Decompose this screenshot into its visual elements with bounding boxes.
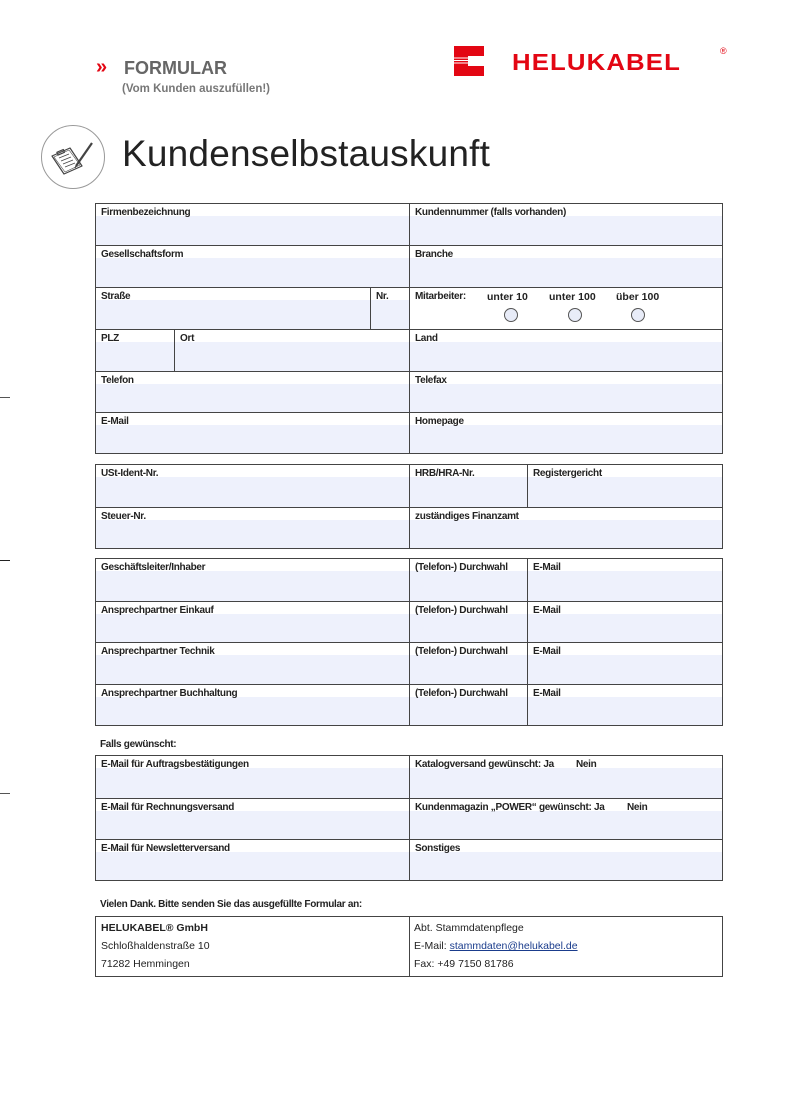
fold-mark: [0, 793, 10, 794]
mitarbeiter-option-label: unter 10: [487, 291, 528, 303]
land-field[interactable]: Land: [409, 330, 722, 371]
mitarbeiter-radio-unter-100[interactable]: [568, 308, 582, 322]
finanzamt-label: zuständiges Finanzamt: [415, 511, 519, 522]
page-title: Kundenselbstauskunft: [122, 133, 490, 175]
clipboard-pen-icon: [41, 125, 105, 189]
falls-gewuenscht-heading: Falls gewünscht:: [100, 739, 176, 750]
double-chevron-icon: »: [96, 56, 104, 79]
contact-email-label: E-Mail: [533, 605, 561, 616]
contact-phone-field[interactable]: (Telefon-) Durchwahl: [409, 602, 527, 642]
contact-phone-field[interactable]: (Telefon-) Durchwahl: [409, 685, 527, 725]
contact-email-field[interactable]: E-Mail: [527, 602, 722, 642]
mitarbeiter-option-label: unter 100: [549, 291, 596, 303]
ust-ident-label: USt-Ident-Nr.: [101, 468, 158, 479]
contact-name-field[interactable]: Ansprechpartner Buchhaltung: [96, 685, 409, 725]
katalogversand-field[interactable]: Katalogversand gewünscht: Ja Nein: [409, 756, 722, 798]
optional-preferences-table: E-Mail für Auftragsbestätigungen Katalog…: [95, 755, 723, 881]
thank-you-text: Vielen Dank. Bitte senden Sie das ausgef…: [100, 899, 362, 910]
kundennummer-label: Kundennummer (falls vorhanden): [415, 207, 566, 218]
contact-phone-field[interactable]: (Telefon-) Durchwahl: [409, 643, 527, 684]
formular-subtitle: (Vom Kunden auszufüllen!): [122, 83, 270, 95]
strasse-label: Straße: [101, 291, 130, 302]
fold-mark: [0, 397, 10, 398]
email-label: E-Mail: [101, 416, 129, 427]
tax-registration-table: USt-Ident-Nr. HRB/HRA-Nr. Registergerich…: [95, 464, 723, 549]
send-to-address-table: HELUKABEL® GmbH Schloßhaldenstraße 10 71…: [95, 916, 723, 977]
logo-wordmark: HELUKABEL: [512, 49, 681, 76]
sonstiges-field[interactable]: Sonstiges: [409, 840, 722, 880]
hausnummer-label: Nr.: [376, 291, 388, 302]
strasse-field[interactable]: Straße: [96, 288, 370, 329]
telefon-label: Telefon: [101, 375, 134, 386]
gesellschaftsform-label: Gesellschaftsform: [101, 249, 183, 260]
contact-phone-label: (Telefon-) Durchwahl: [415, 605, 508, 616]
branche-label: Branche: [415, 249, 453, 260]
gesellschaftsform-field[interactable]: Gesellschaftsform: [96, 246, 409, 287]
fold-mark: [0, 560, 10, 561]
firmenbezeichnung-label: Firmenbezeichnung: [101, 207, 190, 218]
newsletter-email-field[interactable]: E-Mail für Newsletterversand: [96, 840, 409, 880]
contact-phone-label: (Telefon-) Durchwahl: [415, 646, 508, 657]
contact-name-field[interactable]: Ansprechpartner Technik: [96, 643, 409, 684]
auftragsbestaetigung-email-field[interactable]: E-Mail für Auftragsbestätigungen: [96, 756, 409, 798]
kundennummer-field[interactable]: Kundennummer (falls vorhanden): [409, 204, 722, 245]
hrb-label: HRB/HRA-Nr.: [415, 468, 474, 479]
plz-field[interactable]: PLZ: [96, 330, 174, 371]
contact-email-label: E-Mail: [533, 646, 561, 657]
mitarbeiter-radio-unter-10[interactable]: [504, 308, 518, 322]
mitarbeiter-option-label: über 100: [616, 291, 659, 303]
contact-name-field[interactable]: Geschäftsleiter/Inhaber: [96, 559, 409, 601]
katalogversand-label: Katalogversand gewünscht: Ja: [415, 759, 554, 770]
ort-label: Ort: [180, 333, 194, 344]
firmenbezeichnung-field[interactable]: Firmenbezeichnung: [96, 204, 409, 245]
kundenmagazin-label: Kundenmagazin „POWER“ gewünscht: Ja: [415, 802, 605, 813]
land-label: Land: [415, 333, 438, 344]
hrb-field[interactable]: HRB/HRA-Nr.: [409, 465, 527, 507]
homepage-label: Homepage: [415, 416, 464, 427]
email-link[interactable]: stammdaten@helukabel.de: [450, 940, 578, 952]
fax-number: Fax: +49 7150 81786: [414, 955, 578, 973]
contact-email-field[interactable]: E-Mail: [527, 685, 722, 725]
branche-field[interactable]: Branche: [409, 246, 722, 287]
steuer-nr-label: Steuer-Nr.: [101, 511, 146, 522]
telefax-field[interactable]: Telefax: [409, 372, 722, 412]
hausnummer-field[interactable]: Nr.: [370, 288, 409, 329]
rechnungsversand-email-field[interactable]: E-Mail für Rechnungsversand: [96, 799, 409, 839]
steuer-nr-field[interactable]: Steuer-Nr.: [96, 508, 409, 548]
mitarbeiter-radio-ueber-100[interactable]: [631, 308, 645, 322]
contact-email-field[interactable]: E-Mail: [527, 559, 722, 601]
contact-role-label: Ansprechpartner Technik: [101, 646, 215, 657]
plz-label: PLZ: [101, 333, 119, 344]
kundenmagazin-field[interactable]: Kundenmagazin „POWER“ gewünscht: Ja Nein: [409, 799, 722, 839]
email-field[interactable]: E-Mail: [96, 413, 409, 453]
company-details-table: Firmenbezeichnung Kundennummer (falls vo…: [95, 203, 723, 454]
contact-email-field[interactable]: E-Mail: [527, 643, 722, 684]
contact-phone-label: (Telefon-) Durchwahl: [415, 562, 508, 573]
registergericht-field[interactable]: Registergericht: [527, 465, 722, 507]
homepage-field[interactable]: Homepage: [409, 413, 722, 453]
helukabel-logo-mark-icon: [454, 46, 484, 76]
telefax-label: Telefax: [415, 375, 447, 386]
helukabel-logo: HELUKABEL ®: [454, 46, 744, 76]
registered-mark: ®: [720, 46, 727, 56]
contact-role-label: Ansprechpartner Buchhaltung: [101, 688, 237, 699]
department: Abt. Stammdatenpflege: [414, 919, 578, 937]
contact-email-line: E-Mail: stammdaten@helukabel.de: [414, 937, 578, 955]
contact-email-label: E-Mail: [533, 688, 561, 699]
rechnungsversand-label: E-Mail für Rechnungsversand: [101, 802, 234, 813]
company-city: 71282 Hemmingen: [101, 955, 210, 973]
contact-role-label: Ansprechpartner Einkauf: [101, 605, 214, 616]
contact-phone-label: (Telefon-) Durchwahl: [415, 688, 508, 699]
company-street: Schloßhaldenstraße 10: [101, 937, 210, 955]
contact-role-label: Geschäftsleiter/Inhaber: [101, 562, 205, 573]
kundenmagazin-nein-label[interactable]: Nein: [627, 802, 647, 813]
sonstiges-label: Sonstiges: [415, 843, 460, 854]
finanzamt-field[interactable]: zuständiges Finanzamt: [409, 508, 722, 548]
auftragsbestaetigung-label: E-Mail für Auftragsbestätigungen: [101, 759, 249, 770]
mitarbeiter-label: Mitarbeiter:: [415, 291, 466, 302]
contact-email-label: E-Mail: [533, 562, 561, 573]
company-name: HELUKABEL® GmbH: [101, 919, 210, 937]
newsletter-label: E-Mail für Newsletterversand: [101, 843, 230, 854]
contact-name-field[interactable]: Ansprechpartner Einkauf: [96, 602, 409, 642]
ust-ident-field[interactable]: USt-Ident-Nr.: [96, 465, 409, 507]
registergericht-label: Registergericht: [533, 468, 602, 479]
contact-phone-field[interactable]: (Telefon-) Durchwahl: [409, 559, 527, 601]
formular-label: FORMULAR: [124, 58, 227, 79]
mitarbeiter-group: Mitarbeiter: unter 10 unter 100 über 100: [409, 288, 722, 329]
contacts-table: Geschäftsleiter/Inhaber (Telefon-) Durch…: [95, 558, 723, 726]
katalogversand-nein-label[interactable]: Nein: [576, 759, 596, 770]
ort-field[interactable]: Ort: [174, 330, 409, 371]
telefon-field[interactable]: Telefon: [96, 372, 409, 412]
